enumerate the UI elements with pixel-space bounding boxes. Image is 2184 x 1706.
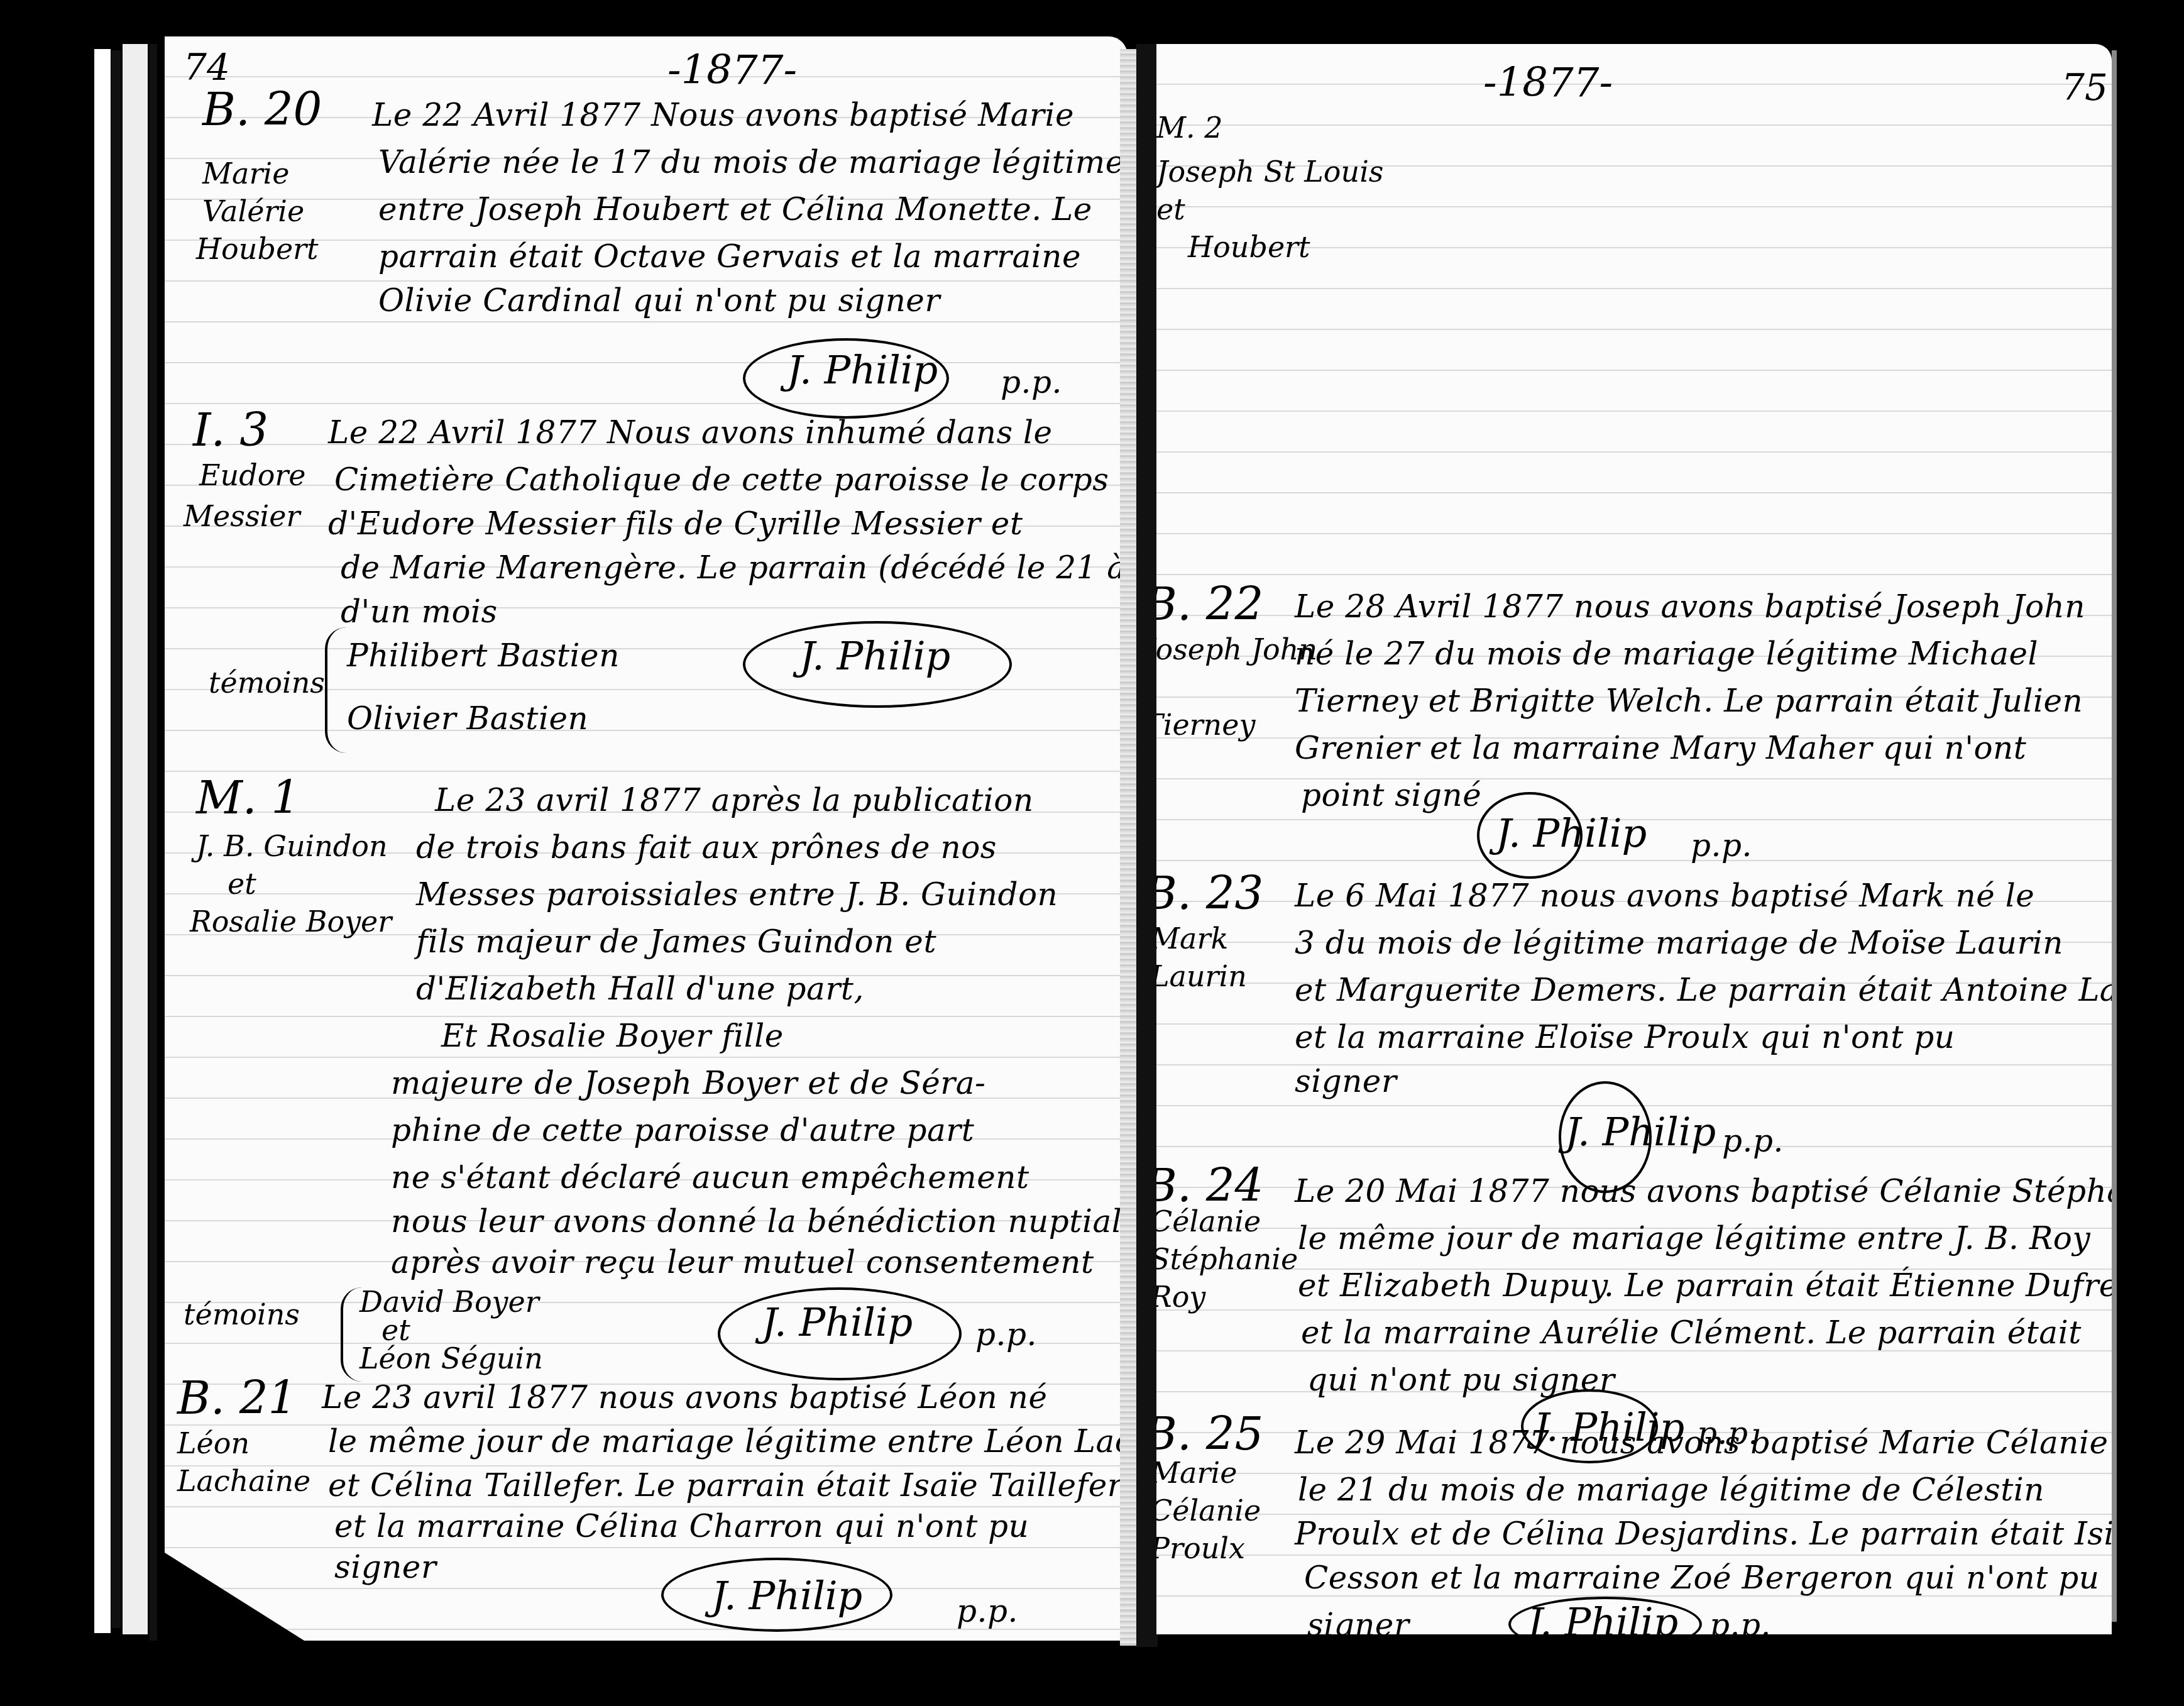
spine-shadow: [1136, 44, 1158, 1647]
margin-name: J. B. Guindon: [196, 832, 388, 861]
margin-name: Proulx: [1156, 1534, 1245, 1563]
margin-name: et: [228, 869, 256, 898]
margin-name: Valérie: [202, 197, 304, 226]
entry-text-line: Le 20 Mai 1877 nous avons baptisé Célani…: [1295, 1175, 2112, 1207]
witnesses-label: témoins: [209, 668, 325, 697]
margin-name: Marie: [1156, 1458, 1237, 1487]
witness-name: Léon Séguin: [359, 1344, 543, 1373]
signature-suffix: p.p.: [1001, 366, 1062, 398]
margin-name: Houbert: [1188, 233, 1310, 261]
entry-text-line: et la marraine Aurélie Clément. Le parra…: [1301, 1317, 2082, 1348]
page-number: 75: [2061, 69, 2108, 106]
entry-text-line: Olivie Cardinal qui n'ont pu signer: [378, 285, 940, 316]
witnesses-label: témoins: [184, 1300, 300, 1329]
entry-code: M. 2: [1156, 113, 1223, 142]
entry-text-line: d'Eudore Messier fils de Cyrille Messier…: [328, 508, 1023, 539]
margin-name: Léon: [177, 1429, 250, 1458]
entry-text-line: de Marie Marengère. Le parrain (décédé l…: [341, 552, 1128, 583]
witness-conjunction: et: [381, 1316, 410, 1345]
entry-text-line: Le 22 Avril 1877 Nous avons inhumé dans …: [328, 417, 1053, 448]
book-edge-right: [2112, 50, 2117, 1622]
entry-text-line: et la marraine Eloïse Proulx qui n'ont p…: [1295, 1021, 1955, 1053]
entry-text-line: né le 27 du mois de mariage légitime Mic…: [1295, 638, 2038, 669]
signature: J. Philip: [787, 351, 938, 390]
signature-suffix: p.p.: [957, 1595, 1018, 1627]
margin-name: Messier: [184, 502, 300, 531]
signature-suffix: p.p.: [1722, 1125, 1784, 1157]
entry-text-line: 3 du mois de légitime mariage de Moïse L…: [1295, 927, 2063, 959]
book-spine: [1120, 49, 1138, 1646]
entry-text-line: signer: [1307, 1609, 1409, 1634]
signature: J. Philip: [1527, 1603, 1678, 1634]
signature-suffix: p.p.: [1709, 1609, 1771, 1634]
entry-text-line: fils majeur de James Guindon et: [416, 926, 936, 957]
margin-name: Eudore: [199, 461, 306, 490]
entry-text-line: Grenier et la marraine Mary Maher qui n'…: [1295, 732, 2026, 764]
book-edge-line: [150, 44, 157, 1641]
margin-name: Tierney: [1156, 710, 1255, 739]
entry-code: I. 3: [193, 407, 268, 453]
entry-text-line: Tierney et Brigitte Welch. Le parrain ét…: [1295, 685, 2083, 717]
margin-name: Houbert: [196, 234, 319, 263]
entry-text-line: Cesson et la marraine Zoé Bergeron qui n…: [1304, 1562, 2099, 1593]
entry-text-line: entre Joseph Houbert et Célina Monette. …: [378, 194, 1092, 225]
entry-text-line: Cimetière Catholique de cette paroisse l…: [334, 464, 1109, 495]
margin-name: Stéphanie: [1156, 1245, 1298, 1274]
entry-text-line: phine de cette paroisse d'autre part: [391, 1114, 974, 1146]
entry-text-line: parrain était Octave Gervais et la marra…: [378, 241, 1081, 272]
entry-text-line: Le 28 Avril 1877 nous avons baptisé Jose…: [1295, 591, 2085, 622]
entry-text-line: Le 6 Mai 1877 nous avons baptisé Mark né…: [1295, 880, 2034, 911]
entry-text-line: point signé: [1301, 779, 1481, 811]
entry-code: B. 22: [1156, 581, 1263, 627]
entry-text-line: signer: [334, 1551, 436, 1583]
entry-text-line: d'Elizabeth Hall d'une part,: [416, 973, 864, 1004]
entry-text-line: Et Rosalie Boyer fille: [441, 1020, 784, 1052]
year-header: -1877-: [667, 50, 797, 91]
entry-text-line: et la marraine Célina Charron qui n'ont …: [334, 1511, 1029, 1542]
entry-text-line: Messes paroissiales entre J. B. Guindon: [416, 879, 1058, 910]
entry-text-line: Valérie née le 17 du mois de mariage lég…: [378, 146, 1124, 178]
entry-text-line: après avoir reçu leur mutuel consentemen…: [391, 1246, 1094, 1278]
margin-name: et: [1156, 195, 1185, 224]
entry-text-line: nous leur avons donné la bénédiction nup…: [391, 1206, 1128, 1237]
entry-text-line: signer: [1295, 1065, 1397, 1097]
book-edge-middle: [123, 44, 148, 1634]
year-header: -1877-: [1483, 63, 1613, 103]
margin-name: Mark: [1156, 924, 1228, 953]
entry-text-line: ne s'étant déclaré aucun empêchement: [391, 1162, 1029, 1193]
margin-name: Célanie: [1156, 1496, 1261, 1525]
signature: J. Philip: [711, 1577, 862, 1615]
witness-name: David Boyer: [359, 1287, 539, 1316]
margin-name: Joseph John: [1156, 635, 1317, 664]
entry-text-line: le 21 du mois de mariage légitime de Cél…: [1298, 1474, 2044, 1505]
brace: [325, 627, 346, 753]
book-edge-line: [112, 50, 121, 1628]
witness-name: Olivier Bastien: [347, 703, 588, 734]
margin-name: Lachaine: [177, 1467, 310, 1495]
signature: J. Philip: [1496, 814, 1647, 853]
entry-text-line: d'un mois: [341, 596, 498, 627]
margin-name: Laurin: [1156, 962, 1247, 991]
margin-name: Célanie: [1156, 1207, 1261, 1236]
signature: J. Philip: [762, 1303, 913, 1342]
entry-text-line: le même jour de mariage légitime entre L…: [328, 1426, 1128, 1457]
margin-name: Marie: [202, 159, 289, 188]
margin-name: Rosalie Boyer: [190, 907, 392, 936]
entry-code: M. 1: [196, 775, 300, 820]
entry-code: B. 20: [202, 87, 322, 132]
book-edge-outer: [94, 49, 111, 1633]
entry-text-line: et Marguerite Demers. Le parrain était A…: [1295, 974, 2112, 1006]
entry-text-line: Le 23 avril 1877 nous avons baptisé Léon…: [322, 1382, 1047, 1413]
signature-suffix: p.p.: [1691, 830, 1752, 861]
margin-name: Joseph St Louis: [1156, 157, 1383, 186]
entry-code: B. 23: [1156, 871, 1263, 916]
entry-text-line: majeure de Joseph Boyer et de Séra-: [391, 1067, 985, 1099]
register-page-left: 74 -1877- B. 20 Marie Valérie Houbert Le…: [165, 36, 1128, 1641]
register-page-right: -1877- 75 M. 2 Joseph St Louis et Houber…: [1156, 44, 2112, 1634]
entry-text-line: et Elizabeth Dupuy. Le parrain était Éti…: [1298, 1270, 2112, 1301]
entry-text-line: Proulx et de Célina Desjardins. Le parra…: [1295, 1518, 2112, 1549]
signature: J. Philip: [1565, 1113, 1716, 1152]
entry-text-line: Le 23 avril 1877 après la publication: [435, 784, 1034, 816]
page-corner-shadow: [165, 1553, 309, 1644]
entry-code: B. 25: [1156, 1411, 1263, 1456]
page-number: 74: [184, 49, 230, 85]
margin-name: Roy: [1156, 1282, 1205, 1311]
entry-text-line: et Célina Taillefer. Le parrain était Is…: [328, 1470, 1122, 1501]
brace: [341, 1287, 362, 1382]
entry-text-line: Le 22 Avril 1877 Nous avons baptisé Mari…: [372, 99, 1074, 131]
entry-text-line: de trois bans fait aux prônes de nos: [416, 832, 997, 863]
entry-code: B. 21: [177, 1375, 297, 1421]
signature-suffix: p.p.: [975, 1319, 1037, 1350]
entry-text-line: Le 29 Mai 1877 nous avons baptisé Marie …: [1295, 1427, 2112, 1458]
entry-text-line: le même jour de mariage légitime entre J…: [1298, 1223, 2090, 1254]
entry-code: B. 24: [1156, 1163, 1263, 1208]
witness-name: Philibert Bastien: [347, 640, 620, 671]
signature: J. Philip: [799, 637, 950, 676]
